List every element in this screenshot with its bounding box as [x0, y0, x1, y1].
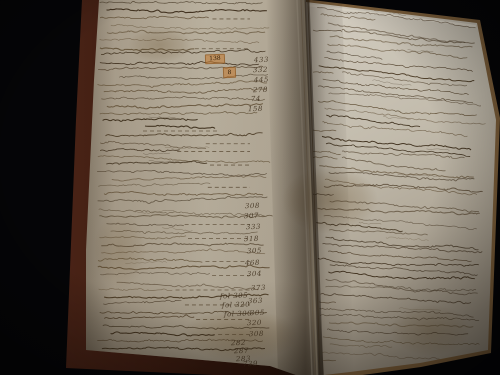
- manuscript-photo-canvas: [0, 0, 500, 375]
- photo-of-open-manuscript: 4333324452787415830830733331830546830437…: [0, 0, 500, 375]
